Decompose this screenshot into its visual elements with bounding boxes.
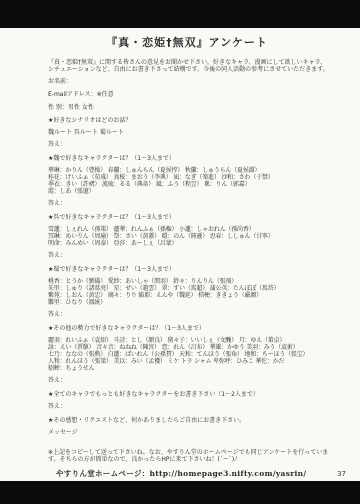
question-heading: ★全てのキャラでもっとも好きなキャラクターをお書き下さい（1～2人まで） (48, 391, 326, 398)
answer-label: 答え： (48, 403, 326, 410)
character-list-line: 麗羽：れいふぁ（袁紹） 斗詩：とし（顔良） 猪々子：いいしぇ（文醜） 月：ゆえ（… (48, 337, 326, 344)
question-heading: ★その感想・リクエストなど、何かありましたらご自由にお書き下さい。 (48, 417, 326, 424)
message-label: メッセージ (48, 429, 326, 436)
question-shoku-characters: ★蜀で好きなキャラクターは？（1～3人まで） 桃香：とうか（劉備） 愛紗：あいし… (48, 266, 326, 318)
question-scenario: ★好きなシナリオはどのお話？ 魏ルート 呉ルート 蜀ルート 答え： (48, 117, 326, 148)
scanned-questionnaire-page: 『真・恋姫†無双』アンケート 『真・恋姫†無双』に関する皆さんの意見をお聞かせ下… (0, 0, 360, 504)
footer-note: ※上記をコピーして送って下さいね。なお、やすりん堂のホームページでも同じアンケー… (48, 449, 336, 463)
name-field-label: お名前： (48, 78, 326, 85)
page-title: 『真・恋姫†無双』アンケート (48, 34, 326, 50)
question-favorite-overall: ★全てのキャラでもっとも好きなキャラクターをお書き下さい（1～2人まで） 答え： (48, 391, 326, 410)
intro-text: 『真・恋姫†無双』に関する皆さんの意見をお聞かせ下さい。好きなキャラ、漫画にして… (48, 59, 330, 73)
question-heading: ★魏で好きなキャラクターは？（1～3人まで） (48, 155, 326, 162)
route-options: 魏ルート 呉ルート 蜀ルート (48, 129, 326, 136)
character-list-line: 桂花：けいふぁ（荀彧） 真桜：まおう（李典） 凪：なぎ（楽進） 沙和：さわ（于禁… (48, 174, 326, 181)
question-heading: ★好きなシナリオはどのお話？ (48, 117, 326, 124)
gender-field-label: 性 別：男性 女性 (48, 104, 326, 111)
answer-label: 答え： (48, 252, 326, 259)
character-list-line: 貂蝉：ちょうせん (48, 365, 326, 372)
character-list-line: 詠：えい（賈駆） 音々音：ねねね（陳宮） 恋：れん（呂布） 華雄：かゆう 美羽：… (48, 344, 326, 351)
character-list: 桃香：とうか（劉備） 愛紗：あいしゃ（関羽） 鈴々：りんりん（張飛） 朱里：しゅ… (48, 278, 326, 306)
character-list-line: 朱里：しゅり（諸葛亮） 星：せい（趙雲） 翠：すい（馬超） 蒲公英：たんぽぽ（馬… (48, 285, 326, 292)
question-free-comments: ★その感想・リクエストなど、何かありましたらご自由にお書き下さい。 メッセージ (48, 417, 326, 436)
character-list-line: 雛里：ひなり（鳳統） (48, 299, 326, 306)
question-heading: ★呉で好きなキャラクターは？（1～3人まで） (48, 214, 326, 221)
character-list-line: 人和：れんほう（張梁） 美以：みい（孟獲） ミケ トラ シャム 卑弥呼：ひみこ … (48, 358, 326, 365)
page-number: 37 (337, 470, 346, 478)
answer-label: 答え： (48, 141, 326, 148)
character-list: 麗羽：れいふぁ（袁紹） 斗詩：とし（顔良） 猪々子：いいしぇ（文醜） 月：ゆえ（… (48, 337, 326, 372)
question-go-characters: ★呉で好きなキャラクターは？（1～3人まで） 雪蓮：しぇれん（孫策） 蓮華：れん… (48, 214, 326, 259)
answer-label: 答え： (48, 377, 326, 384)
character-list-line: 冥琳：めいりん（周瑜） 祭：さい（黄蓋） 穏：のん（陸遜） 思春：ししゅん（甘寧… (48, 233, 326, 240)
character-list-line: 明命：みんめい（周泰） 亞莎：あーしぇ（呂蒙） (48, 240, 326, 247)
page-content: 『真・恋姫†無双』アンケート 『真・恋姫†無双』に関する皆さんの意見をお聞かせ下… (0, 28, 360, 481)
character-list-line: 雪蓮：しぇれん（孫策） 蓮華：れんふぁ（孫権） 小蓮：しゃおれん（孫尚香） (48, 226, 326, 233)
question-gi-characters: ★魏で好きなキャラクターは？（1～3人まで） 華琳：かりん（曹操） 春蘭：しゅん… (48, 155, 326, 207)
character-list: 華琳：かりん（曹操） 春蘭：しゅんらん（夏侯惇） 秋蘭：しゅうらん（夏侯淵） 桂… (48, 167, 326, 195)
bottom-black-border (0, 481, 360, 504)
answer-label: 答え： (48, 311, 326, 318)
character-list-line: 季衣：きい（許褚） 流琉：るる（典韋） 風：ふう（程昱） 稟：りん（郭嘉） (48, 181, 326, 188)
character-list-line: 紫苑：しおん（黄忠） 璃々：りり 焔耶：えんや（魏延） 桔梗：ききょう（厳顔） (48, 292, 326, 299)
character-list-line: 七乃：ななの（張勲） 白蓮：ぱいれん（公孫賛） 天和：てんほう（張角） 地和：ち… (48, 351, 326, 358)
homepage-url: やすりん堂ホームページ：http://homepage3.nifty.com/y… (56, 470, 326, 477)
answer-label: 答え： (48, 200, 326, 207)
character-list-line: 華琳：かりん（曹操） 春蘭：しゅんらん（夏侯惇） 秋蘭：しゅうらん（夏侯淵） (48, 167, 326, 174)
top-black-border (0, 0, 360, 28)
character-list: 雪蓮：しぇれん（孫策） 蓮華：れんふぁ（孫権） 小蓮：しゃおれん（孫尚香） 冥琳… (48, 226, 326, 247)
email-field-label: E-mailアドレス：※任意 (48, 91, 326, 98)
character-list-line: 霞：しあ（張遼） (48, 188, 326, 195)
character-list-line: 桃香：とうか（劉備） 愛紗：あいしゃ（関羽） 鈴々：りんりん（張飛） (48, 278, 326, 285)
question-heading: ★その他の勢力で好きなキャラクターは？（1～3人まで） (48, 325, 326, 332)
question-heading: ★蜀で好きなキャラクターは？（1～3人まで） (48, 266, 326, 273)
question-other-factions: ★その他の勢力で好きなキャラクターは？（1～3人まで） 麗羽：れいふぁ（袁紹） … (48, 325, 326, 384)
